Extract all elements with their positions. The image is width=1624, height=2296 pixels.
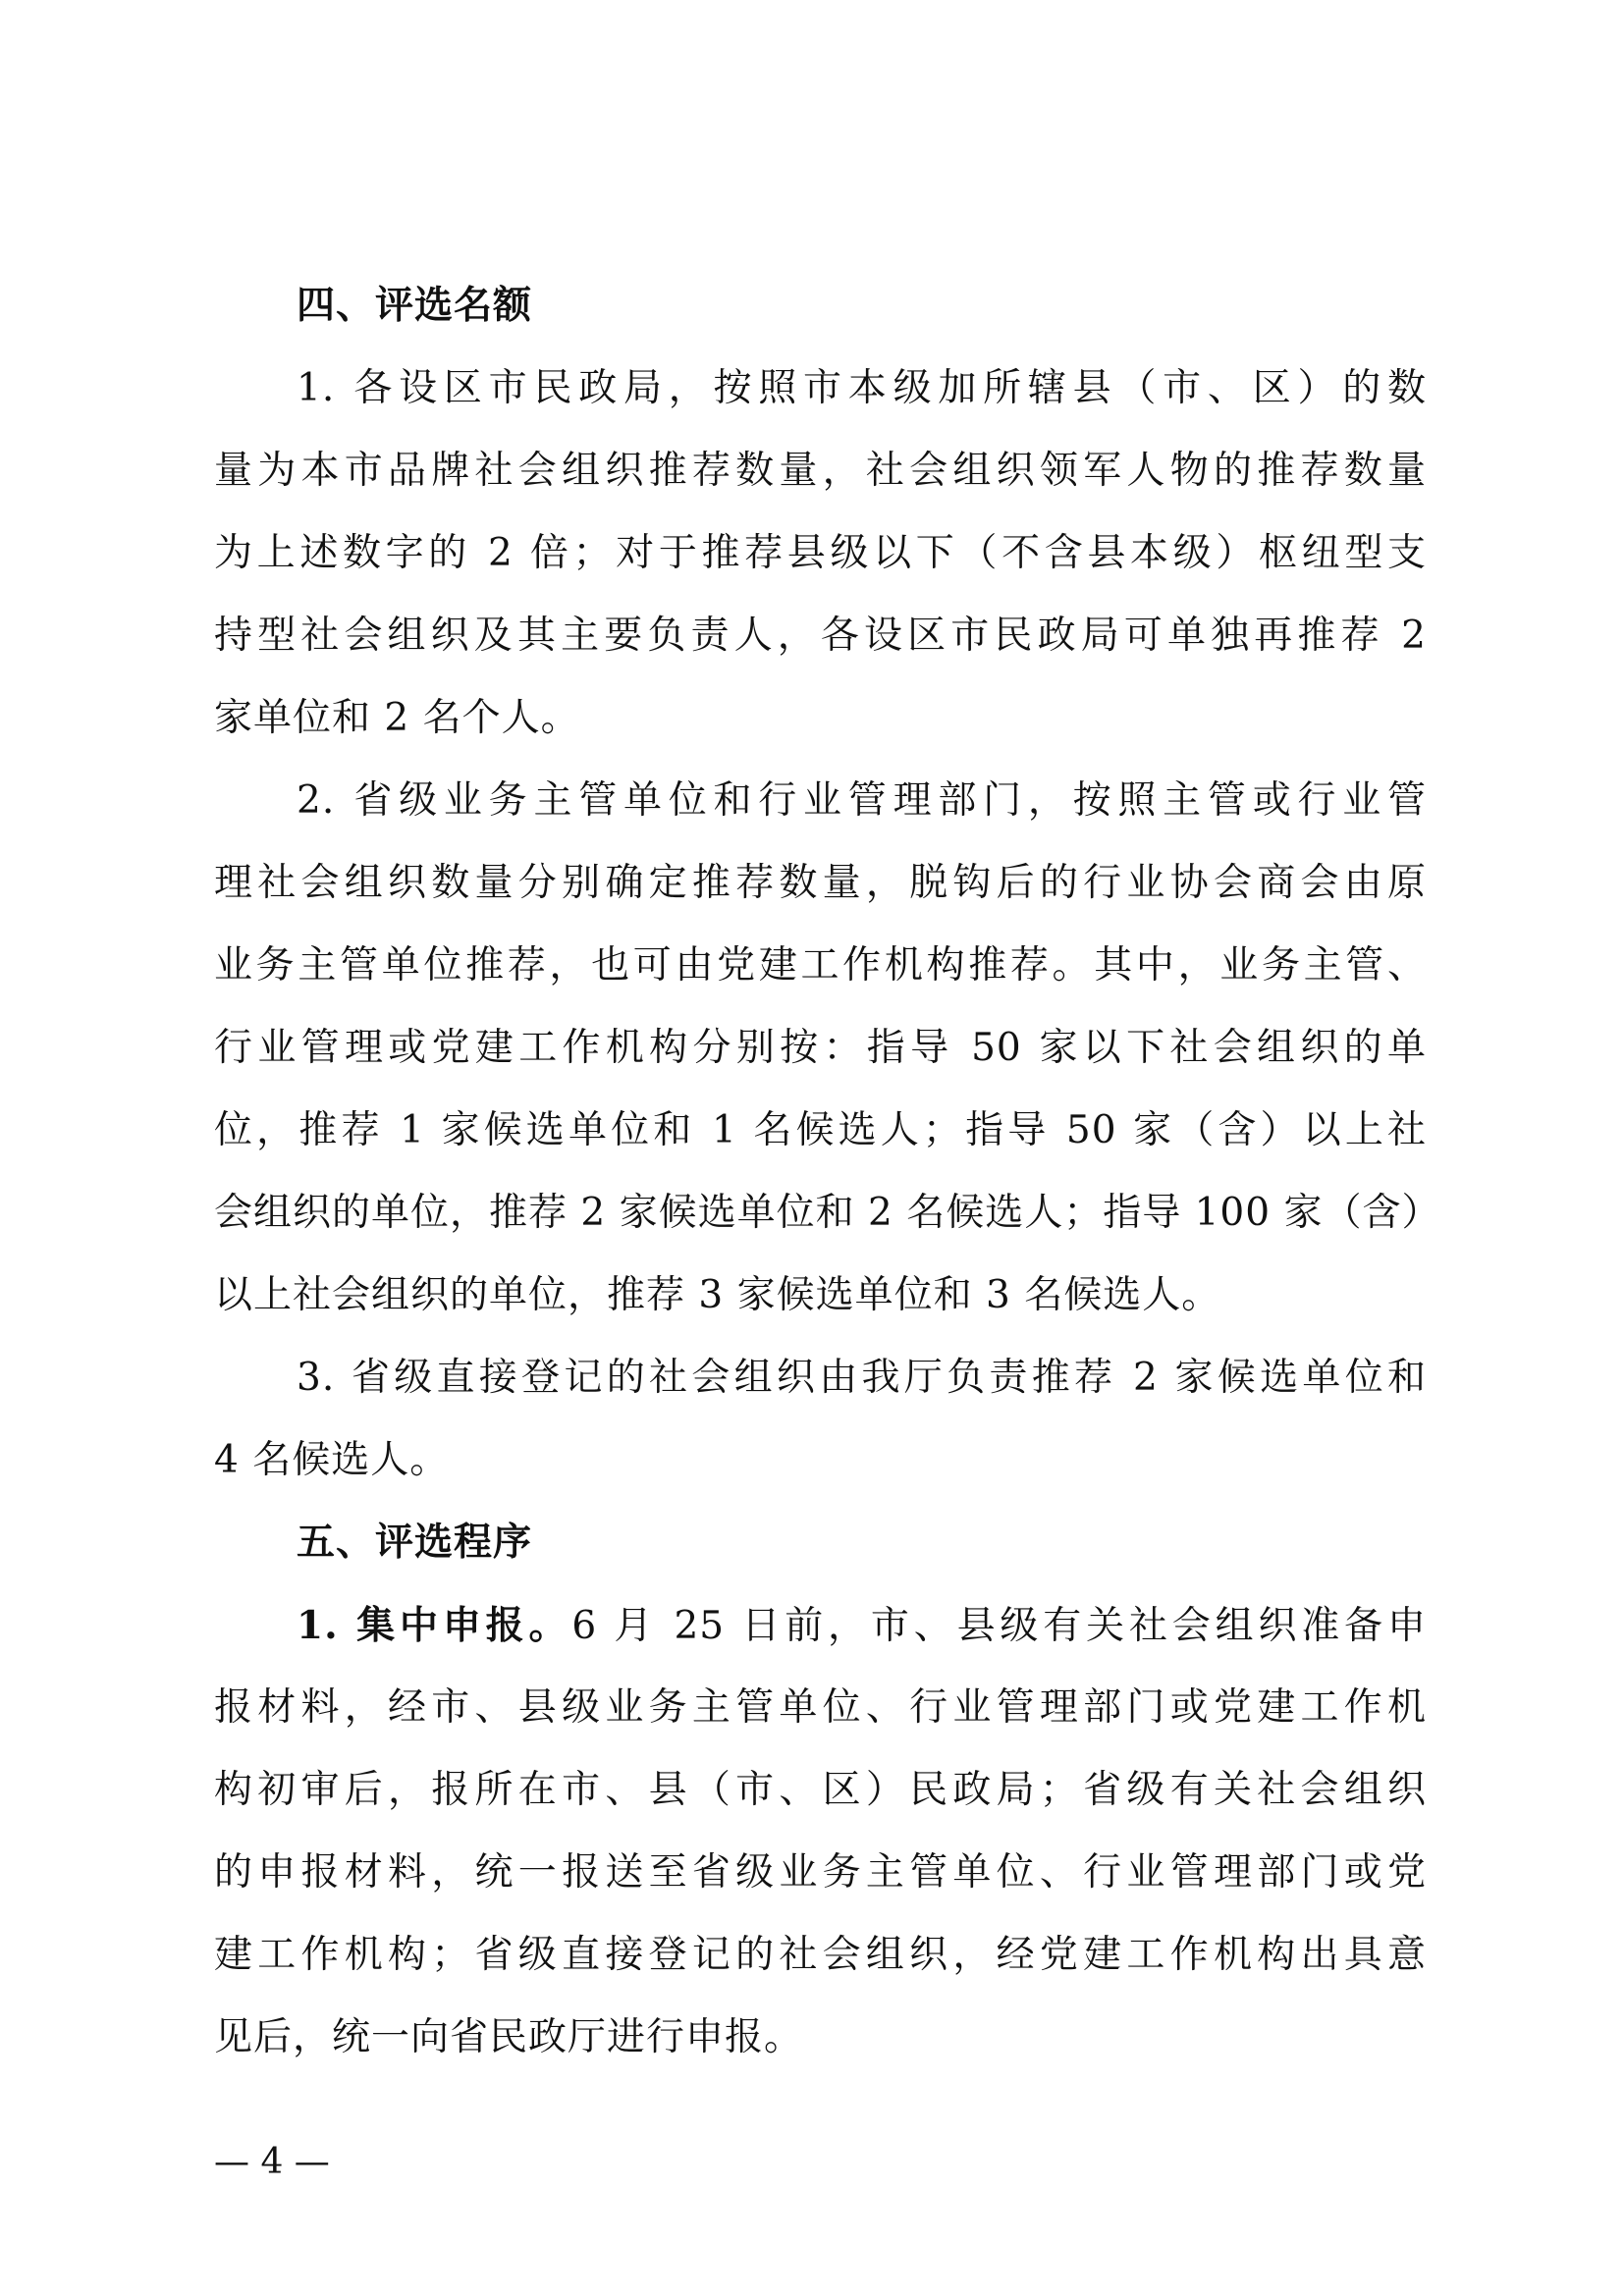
paragraph-text: 6 月 25 日前，市、县级有关社会组织准备申 — [571, 1604, 1427, 1648]
paragraph-line: 为上述数字的 2 倍；对于推荐县级以下（不含县本级）枢纽型支 — [214, 530, 1427, 577]
paragraph-line: 4 名候选人。 — [214, 1437, 1427, 1484]
section-heading-5: 五、评选程序 — [297, 1520, 1427, 1567]
paragraph-line: 报材料，经市、县级业务主管单位、行业管理部门或党建工作机 — [214, 1684, 1427, 1732]
paragraph-line: 家单位和 2 名个人。 — [214, 695, 1427, 742]
paragraph-line: 建工作机构；省级直接登记的社会组织，经党建工作机构出具意 — [214, 1932, 1427, 1979]
paragraph-line: 1. 集中申报。6 月 25 日前，市、县级有关社会组织准备申 — [297, 1602, 1427, 1650]
paragraph-line: 2. 省级业务主管单位和行业管理部门，按照主管或行业管 — [297, 777, 1427, 825]
paragraph-line: 行业管理或党建工作机构分别按：指导 50 家以下社会组织的单 — [214, 1025, 1427, 1072]
paragraph-line: 3. 省级直接登记的社会组织由我厅负责推荐 2 家候选单位和 — [297, 1355, 1427, 1402]
paragraph-line: 持型社会组织及其主要负责人，各设区市民政局可单独再推荐 2 — [214, 613, 1427, 660]
page-number: — 4 — — [214, 2141, 330, 2184]
paragraph-line: 理社会组织数量分别确定推荐数量，脱钩后的行业协会商会由原 — [214, 860, 1427, 907]
paragraph-line: 位，推荐 1 家候选单位和 1 名候选人；指导 50 家（含）以上社 — [214, 1107, 1427, 1154]
paragraph-line: 会组织的单位，推荐 2 家候选单位和 2 名候选人；指导 100 家（含） — [214, 1190, 1427, 1237]
paragraph-line: 构初审后，报所在市、县（市、区）民政局；省级有关社会组织 — [214, 1767, 1427, 1814]
paragraph-line: 量为本市品牌社会组织推荐数量，社会组织领军人物的推荐数量 — [214, 448, 1427, 495]
paragraph-line: 1. 各设区市民政局，按照市本级加所辖县（市、区）的数 — [297, 365, 1427, 412]
document-page: 四、评选名额 1. 各设区市民政局，按照市本级加所辖县（市、区）的数 量为本市品… — [0, 0, 1624, 2296]
paragraph-line: 以上社会组织的单位，推荐 3 家候选单位和 3 名候选人。 — [214, 1272, 1427, 1319]
paragraph-line: 见后，统一向省民政厅进行申报。 — [214, 2014, 1427, 2061]
bold-lead-text: 1. 集中申报。 — [297, 1603, 571, 1648]
paragraph-line: 业务主管单位推荐，也可由党建工作机构推荐。其中，业务主管、 — [214, 942, 1427, 989]
section-heading-4: 四、评选名额 — [297, 283, 1427, 330]
paragraph-line: 的申报材料，统一报送至省级业务主管单位、行业管理部门或党 — [214, 1849, 1427, 1896]
